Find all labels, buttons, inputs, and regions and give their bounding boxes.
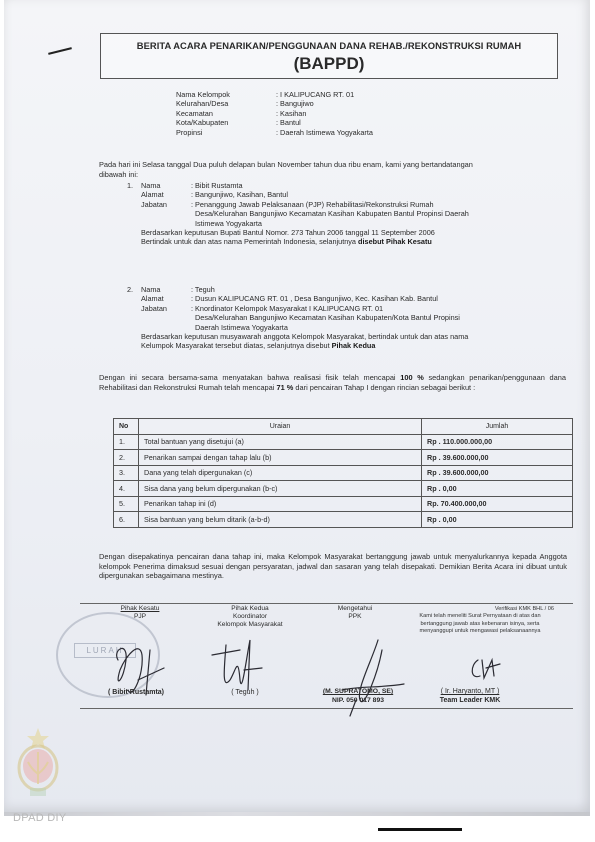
- signatory-name: ( Ir. Haryanto, MT ): [425, 688, 515, 695]
- signatory-name: (M. SUPRATOMO, SE): [318, 688, 398, 695]
- signatory-name: ( Bibit Rustamta): [96, 689, 176, 696]
- signatory-name: ( Teguh ): [205, 689, 285, 696]
- dpad-emblem-icon: [14, 726, 62, 802]
- bottom-bar: [378, 828, 462, 831]
- signatory-role: Team Leader KMK: [425, 697, 515, 704]
- signatory-nip: NIP. 050 017 893: [318, 697, 398, 704]
- watermark-text: DPAD DIY: [13, 812, 67, 824]
- handwritten-signatures: [0, 0, 595, 842]
